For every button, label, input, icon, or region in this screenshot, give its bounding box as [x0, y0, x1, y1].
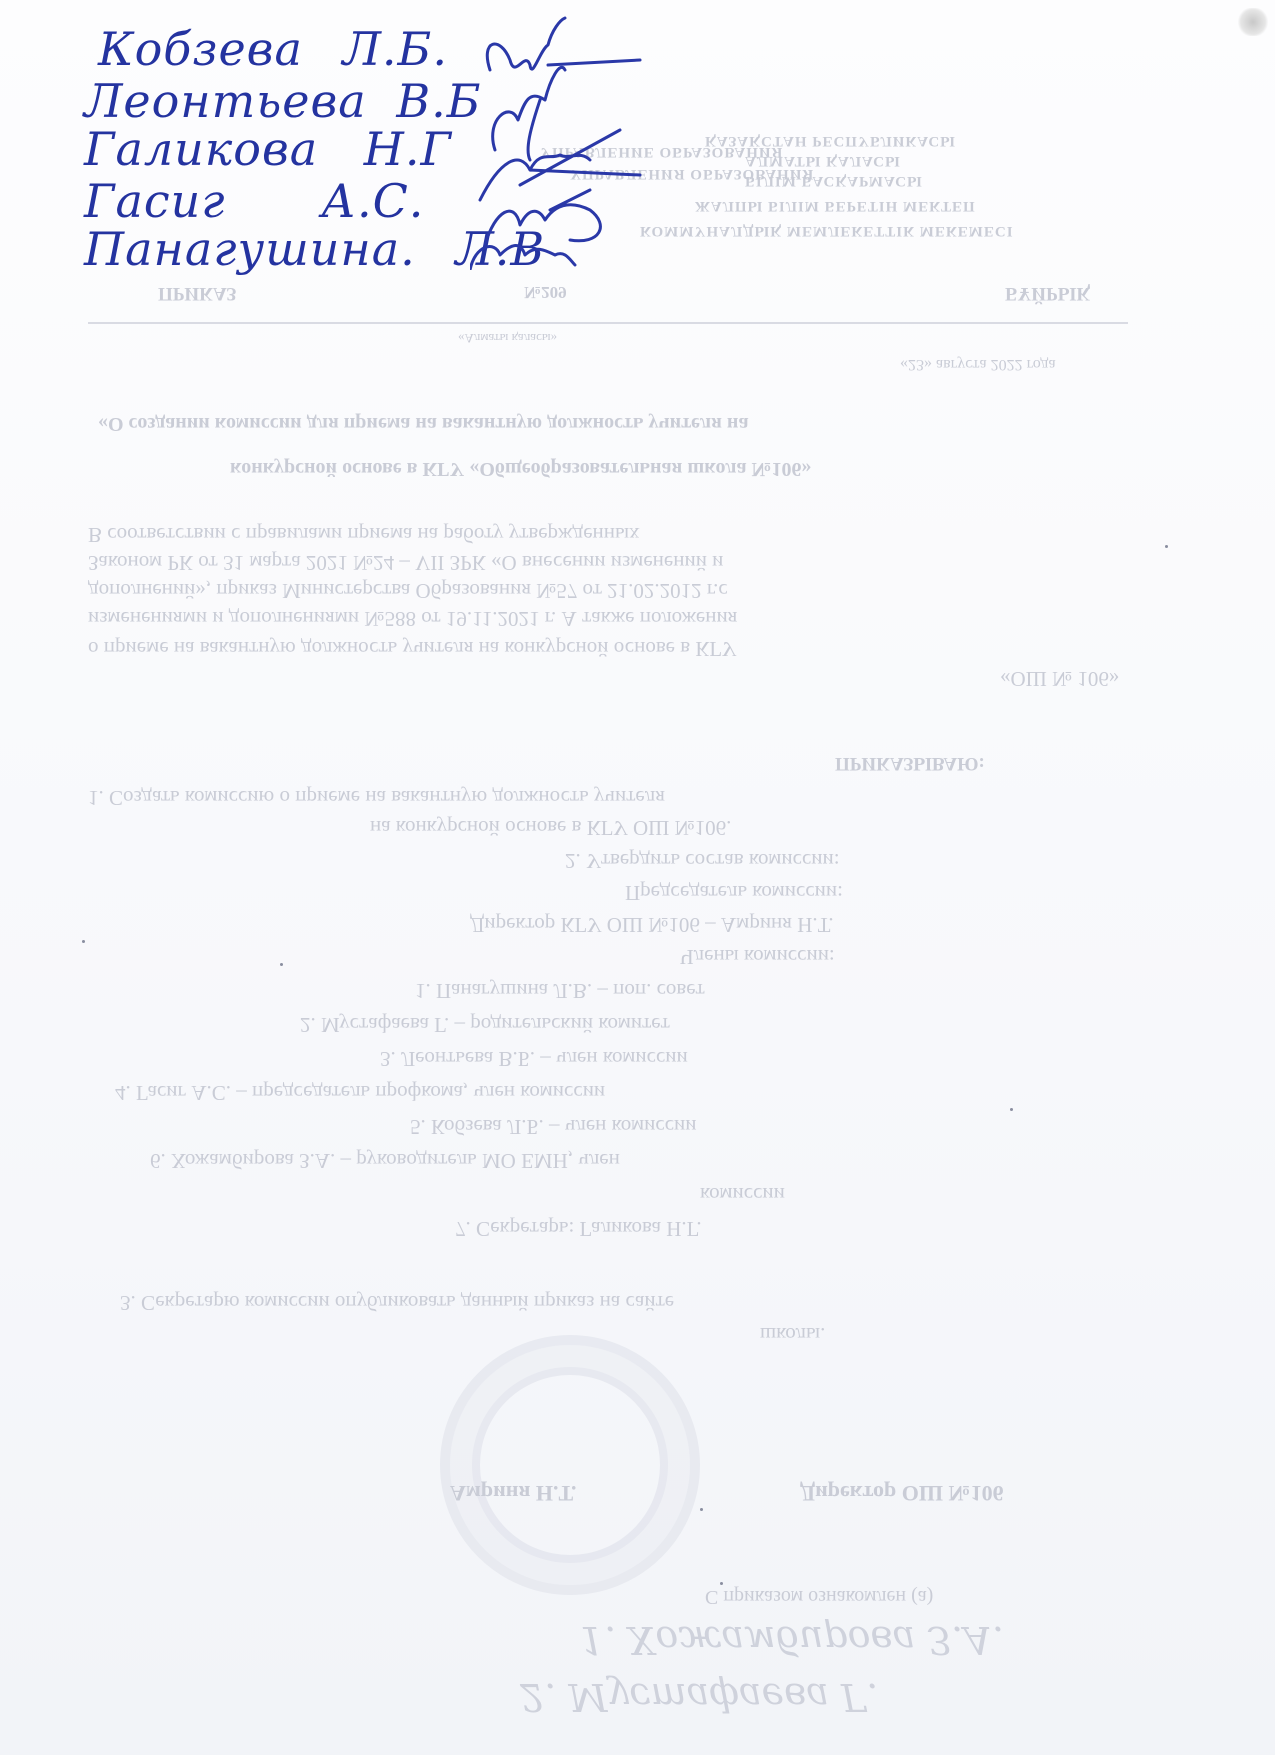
bleed-preamble-line: дополнений», приказ Министерства Образов… [88, 578, 728, 603]
bleed-item: 2. Утвердить состав комиссии: [565, 848, 840, 873]
bleed-preamble-line: «ОШ № 106» [1000, 666, 1119, 691]
signature-scribbles [470, 10, 650, 270]
ack-handwritten-line: 1. Хожамбирова З.А. [580, 1618, 1004, 1662]
signature-name: Леонтьева В.Б [84, 74, 482, 128]
bleed-director-name: Амриня Н.Т. [450, 1480, 576, 1506]
bleed-preamble-line: изменениями и дополнениями №588 от 19.11… [88, 606, 737, 631]
bleed-date: «23» августа 2022 года [900, 355, 1056, 373]
bleed-member: 5. Кобзева Л.Б. – член комиссии [410, 1114, 697, 1139]
scan-speck [720, 1582, 723, 1585]
bleed-order-word-kz: БҰЙРЫҚ [1005, 282, 1090, 304]
bleed-member: 2. Мустафаева Г. – родительский комитет [300, 1012, 670, 1037]
bleed-header-line: ЖАЛПЫ БІЛІМ БЕРЕТІН МЕКТЕП [695, 197, 976, 214]
scanned-page: ҚАЗАҚСТАН РЕСПУБЛИКАСЫ АЛМАТЫ ҚАЛАСЫ БІЛ… [0, 0, 1275, 1755]
bleed-member: 1. Панагушина Л.В. – поп. совет [415, 978, 705, 1003]
scan-smudge [1238, 8, 1268, 36]
bleed-member: 4. Гасиг А.С. – председатель профкома, ч… [115, 1080, 605, 1105]
bleed-order-word-ru: ПРИКАЗ [158, 282, 236, 304]
bleed-header-rule [88, 322, 1128, 324]
bleed-member: 3. Леонтьева В.Б. – член комиссии [380, 1046, 688, 1071]
scan-speck [280, 963, 283, 966]
round-stamp [440, 1335, 700, 1595]
bleed-header-line: КОММУНАЛДЫҚ МЕМЛЕКЕТТІК МЕКЕМЕСІ [640, 222, 1014, 239]
bleed-order-heading: ПРИКАЗЫВАЮ: [835, 752, 985, 774]
scan-speck [700, 1508, 703, 1511]
bleed-item: Председатель комиссии: [625, 880, 843, 905]
bleed-item: Директор КГУ ОШ №106 – Амриня Н.Т. [470, 912, 834, 937]
bleed-member: 6. Хожамбирова З.А. – руководитель МО ЕМ… [150, 1148, 620, 1173]
ack-handwritten-line: 2. Мустафаева Г. [520, 1675, 878, 1719]
scan-speck [82, 940, 85, 943]
bleed-preamble-line: о приеме на вакантную должность учителя … [88, 636, 736, 661]
bleed-member: 7. Секретарь: Галикова Н.Г. [455, 1216, 702, 1241]
signature-name: Кобзева Л.Б. [98, 22, 448, 76]
signature-name: Гасиг А.С. [84, 174, 424, 228]
scan-speck [1010, 1108, 1013, 1111]
bleed-title: «О создании комиссии для приема на вакан… [98, 412, 748, 435]
signature-name: Галикова Н.Г [84, 122, 452, 176]
bleed-preamble-line: Законом РК от 31 марта 2021 №24 – VII ЗР… [88, 550, 723, 575]
bleed-director-line: Директор ОШ №106 [800, 1480, 1004, 1506]
bleed-item: Члены комиссии: [680, 944, 835, 969]
bleed-acknowledged: С приказом ознакомлен (а) [705, 1585, 933, 1608]
bleed-item: 1. Создать комиссию о приеме на вакантну… [88, 785, 665, 810]
bleed-city-note: «Алматы қаласы» [458, 330, 557, 346]
bleed-item3: 3. Секретарю комиссии опубликовать данны… [120, 1290, 674, 1315]
bleed-item3: школы. [760, 1322, 825, 1347]
bleed-order-number: №209 [524, 282, 567, 302]
scan-speck [1165, 545, 1168, 548]
bleed-title: конкурсной основе в КГУ «Общеобразовател… [230, 457, 812, 480]
bleed-member: комиссии [700, 1182, 785, 1207]
bleed-preamble-line: В соответствии с правилами приема на раб… [88, 522, 640, 547]
bleed-item: на конкурсной основе в КГУ ОШ №106. [370, 815, 731, 840]
